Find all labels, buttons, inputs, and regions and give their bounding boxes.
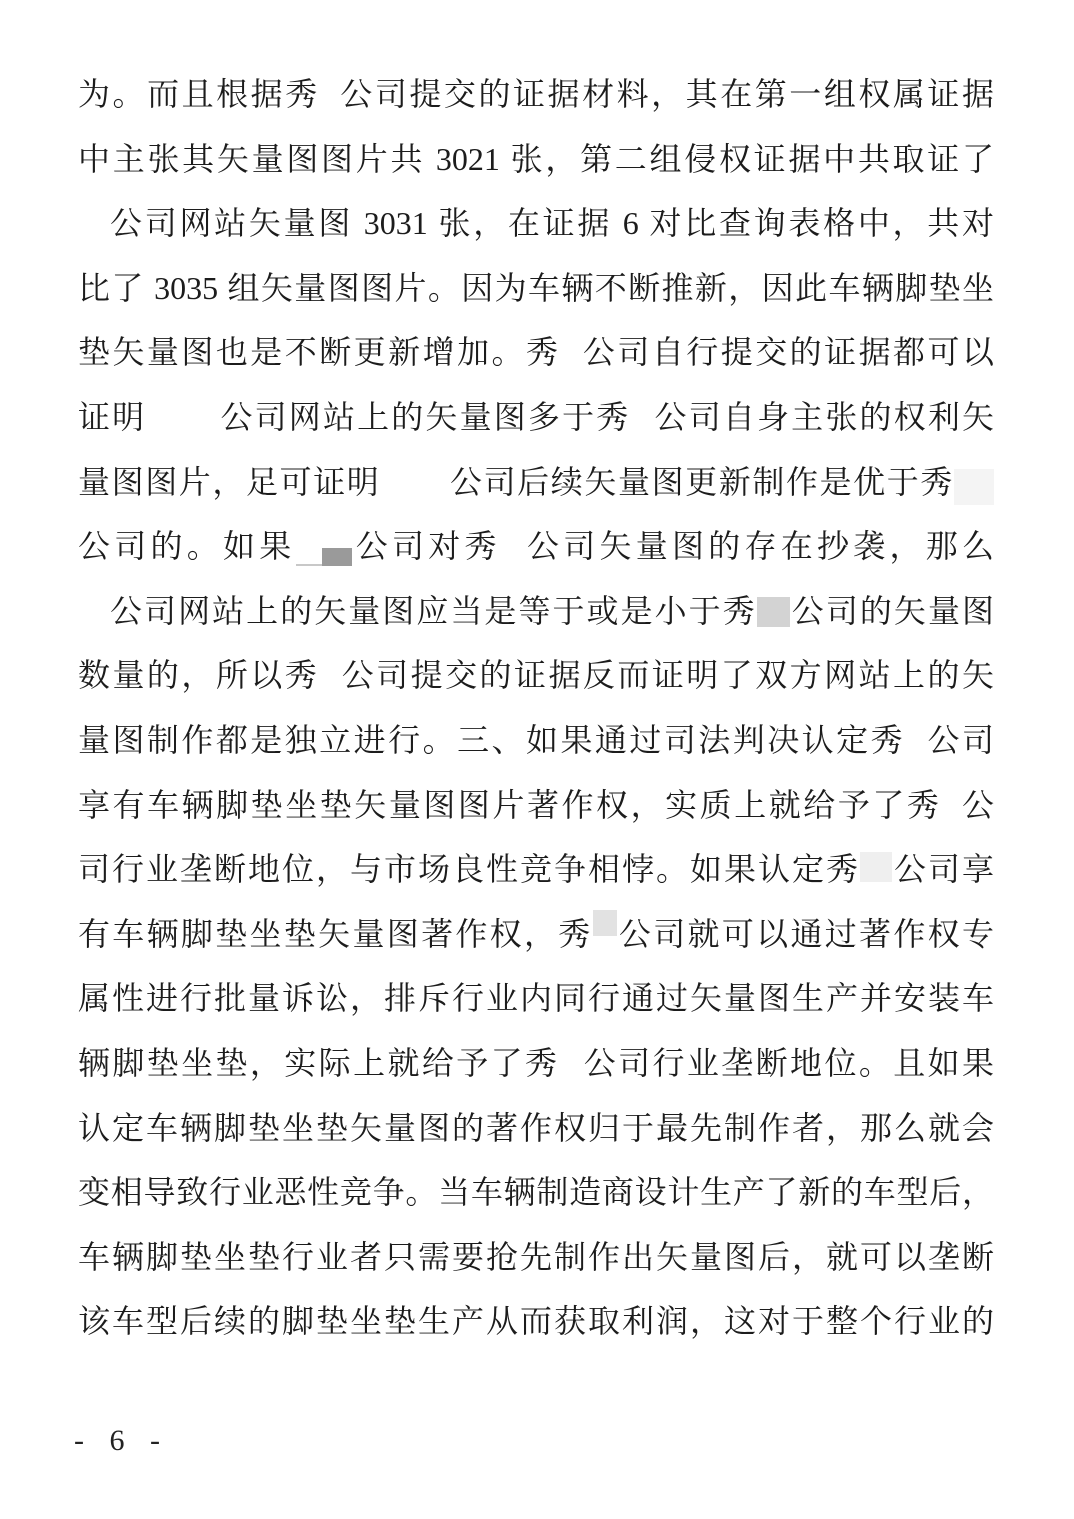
redacted-blank-space: [560, 361, 580, 363]
text-run: 公司提交的证据反而证明了双方网站上的矢: [339, 657, 994, 693]
redaction-box: [593, 910, 617, 936]
text-run: 车辆脚垫坐垫行业者只需要抢先制作出矢量图后，就可以垄断: [78, 1239, 994, 1275]
page-number: - 6 -: [74, 1424, 169, 1458]
redaction-box: [322, 548, 352, 566]
text-run: 公司行业垄断地位。且如果: [581, 1045, 994, 1081]
redacted-blank-space: [630, 426, 652, 428]
redacted-blank-space: [320, 103, 338, 105]
text-line: 认定车辆脚垫坐垫矢量图的著作权归于最先制作者，那么就会: [78, 1096, 994, 1161]
text-run: 属性进行批量诉讼，排斥行业内同行通过矢量图生产并安装车: [78, 980, 994, 1016]
text-run: 公司提交的证据材料，其在第一组权属证据: [338, 76, 994, 112]
text-line: 中主张其矢量图图片共 3021 张，第二组侵权证据中共取证了: [78, 127, 994, 192]
text-line: 为。而且根据秀公司提交的证据材料，其在第一组权属证据: [78, 62, 994, 127]
text-run: 公司享: [892, 851, 994, 887]
text-run: 认定车辆脚垫坐垫矢量图的著作权归于最先制作者，那么就会: [78, 1110, 994, 1146]
redacted-blank-space: [905, 749, 925, 751]
text-run: 公司的。如果: [78, 528, 296, 564]
text-run: 公: [959, 787, 994, 823]
redacted-blank-space: [380, 491, 448, 493]
text-run: 辆脚垫坐垫，实际上就给予了秀: [78, 1045, 559, 1081]
redaction-box: [954, 469, 994, 505]
text-run: 公司: [925, 722, 994, 758]
redacted-blank-space: [146, 426, 218, 428]
text-line: 辆脚垫坐垫，实际上就给予了秀公司行业垄断地位。且如果: [78, 1031, 994, 1096]
scanned-document-page: 为。而且根据秀公司提交的证据材料，其在第一组权属证据中主张其矢量图图片共 302…: [0, 0, 1074, 1519]
redacted-blank-space: [501, 555, 523, 557]
text-run: 公司对秀: [352, 528, 501, 564]
text-run: 垫矢量图也是不断更新增加。秀: [78, 334, 560, 370]
text-line: 量图制作都是独立进行。三、如果通过司法判决认定秀公司: [78, 708, 994, 773]
text-line: 公司网站上的矢量图应当是等于或是小于秀公司的矢量图: [78, 579, 994, 644]
text-run: 为。而且根据秀: [78, 76, 320, 112]
text-line: 公司网站矢量图 3031 张，在证据 6 对比查询表格中，共对: [78, 191, 994, 256]
text-line: 数量的，所以秀公司提交的证据反而证明了双方网站上的矢: [78, 643, 994, 708]
text-line: 司行业垄断地位，与市场良性竞争相悖。如果认定秀公司享: [78, 837, 994, 902]
text-line: 享有车辆脚垫坐垫矢量图图片著作权，实质上就给予了秀公: [78, 773, 994, 838]
text-run: 享有车辆脚垫坐垫矢量图图片著作权，实质上就给予了秀: [78, 787, 941, 823]
redaction-box: [860, 852, 892, 882]
redaction-box: [757, 597, 790, 627]
text-run: 变相导致行业恶性竞争。当车辆制造商设计生产了新的车型后，: [78, 1174, 994, 1210]
text-line: 证明公司网站上的矢量图多于秀公司自身主张的权利矢: [78, 385, 994, 450]
text-line: 变相导致行业恶性竞争。当车辆制造商设计生产了新的车型后，: [78, 1160, 994, 1225]
redacted-blank-space: [319, 684, 339, 686]
text-run: 公司就可以通过著作权专: [617, 916, 994, 952]
redacted-blank-space: [941, 814, 959, 816]
text-line: 有车辆脚垫坐垫矢量图著作权，秀公司就可以通过著作权专: [78, 902, 994, 967]
text-run: 量图图片，足可证明: [78, 464, 380, 500]
text-run: 公司自身主张的权利矢: [652, 399, 994, 435]
text-line: 该车型后续的脚垫坐垫生产从而获取利润，这对于整个行业的: [78, 1289, 994, 1354]
text-run: 该车型后续的脚垫坐垫生产从而获取利润，这对于整个行业的: [78, 1303, 994, 1339]
text-run: 中主张其矢量图图片共 3021 张，第二组侵权证据中共取证了: [78, 141, 994, 177]
text-line: 比了 3035 组矢量图图片。因为车辆不断推新，因此车辆脚垫坐: [78, 256, 994, 321]
text-run: 公司后续矢量图更新制作是优于秀: [448, 464, 954, 500]
text-line: 车辆脚垫坐垫行业者只需要抢先制作出矢量图后，就可以垄断: [78, 1225, 994, 1290]
text-line: 垫矢量图也是不断更新增加。秀公司自行提交的证据都可以: [78, 320, 994, 385]
text-run: 公司网站上的矢量图应当是等于或是小于秀: [110, 593, 757, 629]
text-run: 司行业垄断地位，与市场良性竞争相悖。如果认定秀: [78, 851, 860, 887]
text-run: 公司矢量图的存在抄袭，那么: [523, 528, 994, 564]
redacted-blank-space: [296, 562, 322, 566]
text-line: 属性进行批量诉讼，排斥行业内同行通过矢量图生产并安装车: [78, 966, 994, 1031]
text-line: 公司的。如果公司对秀公司矢量图的存在抄袭，那么: [78, 514, 994, 579]
text-run: 证明: [78, 399, 146, 435]
text-line: 量图图片，足可证明公司后续矢量图更新制作是优于秀: [78, 450, 994, 515]
text-run: 数量的，所以秀: [78, 657, 319, 693]
text-run: 公司网站矢量图 3031 张，在证据 6 对比查询表格中，共对: [110, 205, 994, 241]
text-run: 比了 3035 组矢量图图片。因为车辆不断推新，因此车辆脚垫坐: [78, 270, 994, 306]
text-run: 量图制作都是独立进行。三、如果通过司法判决认定秀: [78, 722, 905, 758]
redacted-blank-space: [559, 1072, 581, 1074]
text-run: 有车辆脚垫坐垫矢量图著作权，秀: [78, 916, 593, 952]
text-run: 公司自行提交的证据都可以: [580, 334, 994, 370]
text-lines: 为。而且根据秀公司提交的证据材料，其在第一组权属证据中主张其矢量图图片共 302…: [78, 62, 994, 1354]
text-run: 公司网站上的矢量图多于秀: [218, 399, 630, 435]
text-run: 公司的矢量图: [790, 593, 994, 629]
